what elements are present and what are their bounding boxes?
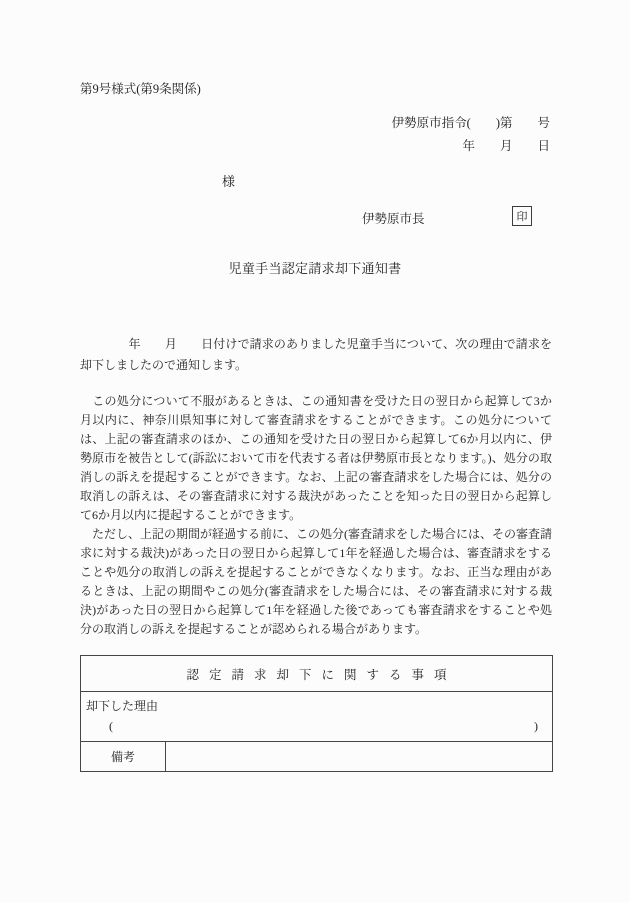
directive-number-line: 伊勢原市指令( )第 号: [392, 112, 550, 135]
rejection-reason-row: 却下した理由 ( ): [81, 692, 552, 742]
body-paragraph-1: この処分について不服があるときは、この通知書を受けた日の翌日から起算して3か月以…: [80, 392, 552, 525]
issuance-block: 伊勢原市指令( )第 号 年 月 日: [392, 112, 550, 158]
rejection-details-table: 認定請求却下に関する事項 却下した理由 ( ) 備考: [80, 655, 553, 772]
issue-date-line: 年 月 日: [392, 135, 550, 158]
seal-box: 印: [512, 206, 532, 226]
seal-mark: 印: [517, 208, 528, 224]
rejection-reason-label: 却下した理由: [81, 697, 552, 714]
body-paragraph-2: ただし、上記の期間が経過する前に、この処分(審査請求をした場合には、その審査請求…: [80, 525, 552, 639]
paren-close: ): [534, 719, 538, 734]
rejection-reason-fill-area: ( ): [81, 719, 552, 734]
intro-paragraph: 年 月 日付けで請求のありました児童手当について、次の理由で請求を却下しましたの…: [80, 334, 552, 375]
document-page: 第9号様式(第9条関係) 伊勢原市指令( )第 号 年 月 日 様 伊勢原市長 …: [0, 0, 630, 903]
paren-open: (: [109, 719, 113, 734]
page-title: 児童手当認定請求却下通知書: [0, 258, 630, 277]
remarks-row: 備考: [81, 742, 552, 771]
table-header: 認定請求却下に関する事項: [81, 656, 552, 692]
remarks-value-cell: [166, 742, 552, 771]
remarks-label: 備考: [111, 748, 135, 765]
addressee-honorific: 様: [222, 171, 235, 190]
sender-name: 伊勢原市長: [362, 209, 425, 227]
form-number: 第9号様式(第9条関係): [80, 79, 201, 97]
appeal-instructions: この処分について不服があるときは、この通知書を受けた日の翌日から起算して3か月以…: [80, 392, 552, 639]
